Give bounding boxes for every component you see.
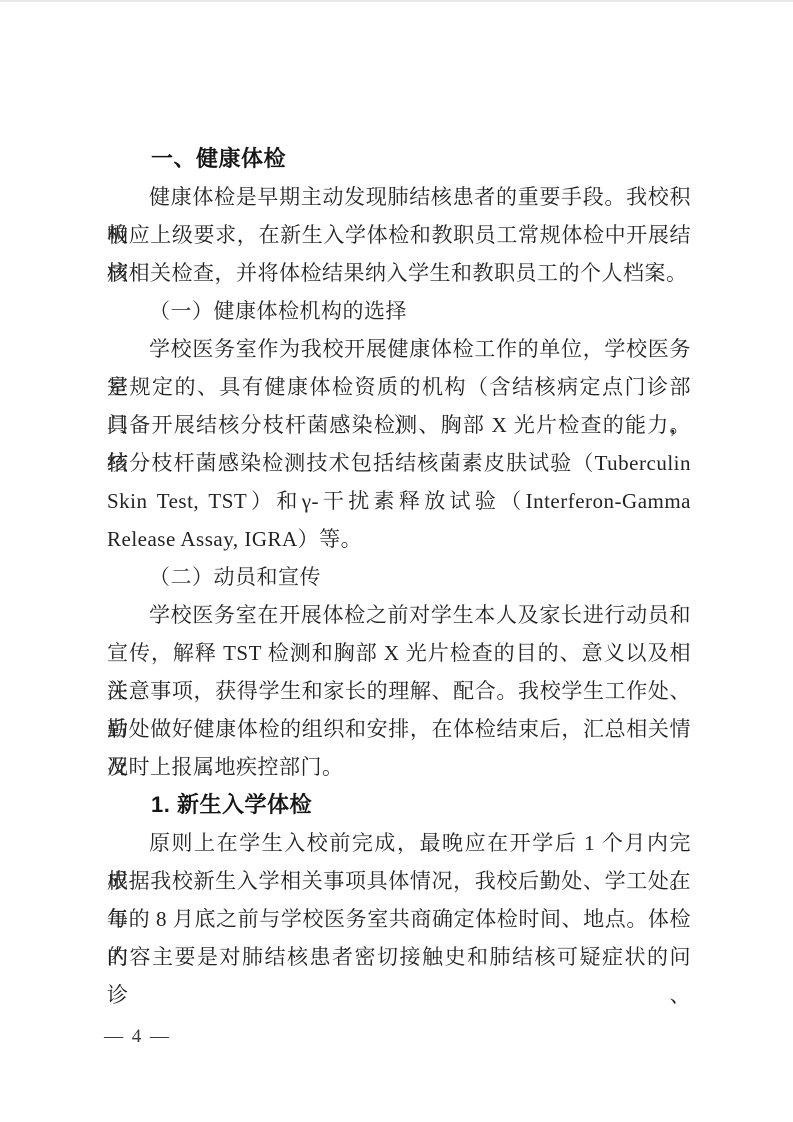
subsection-heading-institution-selection: （一）健康体检机构的选择 [107,292,691,330]
paragraph-line: 宣传，解释 TST 检测和胸部 X 光片检查的目的、意义以及相关 [107,634,691,672]
paragraph-line: Release Assay, IGRA）等。 [107,520,691,558]
paragraph-line: 内容主要是对肺结核患者密切接触史和肺结核可疑症状的问诊、 [107,938,691,976]
paragraph-line: 根据我校新生入学相关事项具体情况，我校后勤处、学工处在每 [107,862,691,900]
paragraph-line: 是规定的、具有健康体检资质的机构（含结核病定点门诊部门）， [107,368,691,406]
scan-edge-line [0,0,793,2]
paragraph-line: 及时上报属地疾控部门。 [107,748,691,786]
document-page: 一、健康体检 健康体检是早期主动发现肺结核患者的重要手段。我校积极 响应上级要求… [107,140,691,976]
paragraph-line: 健康体检是早期主动发现肺结核患者的重要手段。我校积极 [107,178,691,216]
section-heading-health-checkup: 一、健康体检 [107,140,691,178]
paragraph-line: 年的 8 月底之前与学校医务室共商确定体检时间、地点。体检的 [107,900,691,938]
paragraph-line: 原则上在学生入校前完成，最晚应在开学后 1 个月内完成。 [107,824,691,862]
paragraph-line: 学校医务室作为我校开展健康体检工作的单位，学校医务室 [107,330,691,368]
paragraph-line: 病相关检查，并将体检结果纳入学生和教职员工的个人档案。 [107,254,691,292]
page-number: — 4 — [104,1026,171,1048]
paragraph-line: 学校医务室在开展体检之前对学生本人及家长进行动员和 [107,596,691,634]
paragraph-line: 注意事项，获得学生和家长的理解、配合。我校学生工作处、后 [107,672,691,710]
paragraph-line: 勤处做好健康体检的组织和安排，在体检结束后，汇总相关情况 [107,710,691,748]
paragraph-line: Skin Test, TST）和γ-干扰素释放试验（Interferon-Gam… [107,482,691,520]
paragraph-line: 核分枝杆菌感染检测技术包括结核菌素皮肤试验（Tuberculin [107,444,691,482]
paragraph-line: 响应上级要求，在新生入学体检和教职员工常规体检中开展结核 [107,216,691,254]
paragraph-line: 具备开展结核分枝杆菌感染检测、胸部 X 光片检查的能力。结 [107,406,691,444]
numbered-heading-freshman-checkup: 1. 新生入学体检 [107,786,691,824]
subsection-heading-mobilization: （二）动员和宣传 [107,558,691,596]
